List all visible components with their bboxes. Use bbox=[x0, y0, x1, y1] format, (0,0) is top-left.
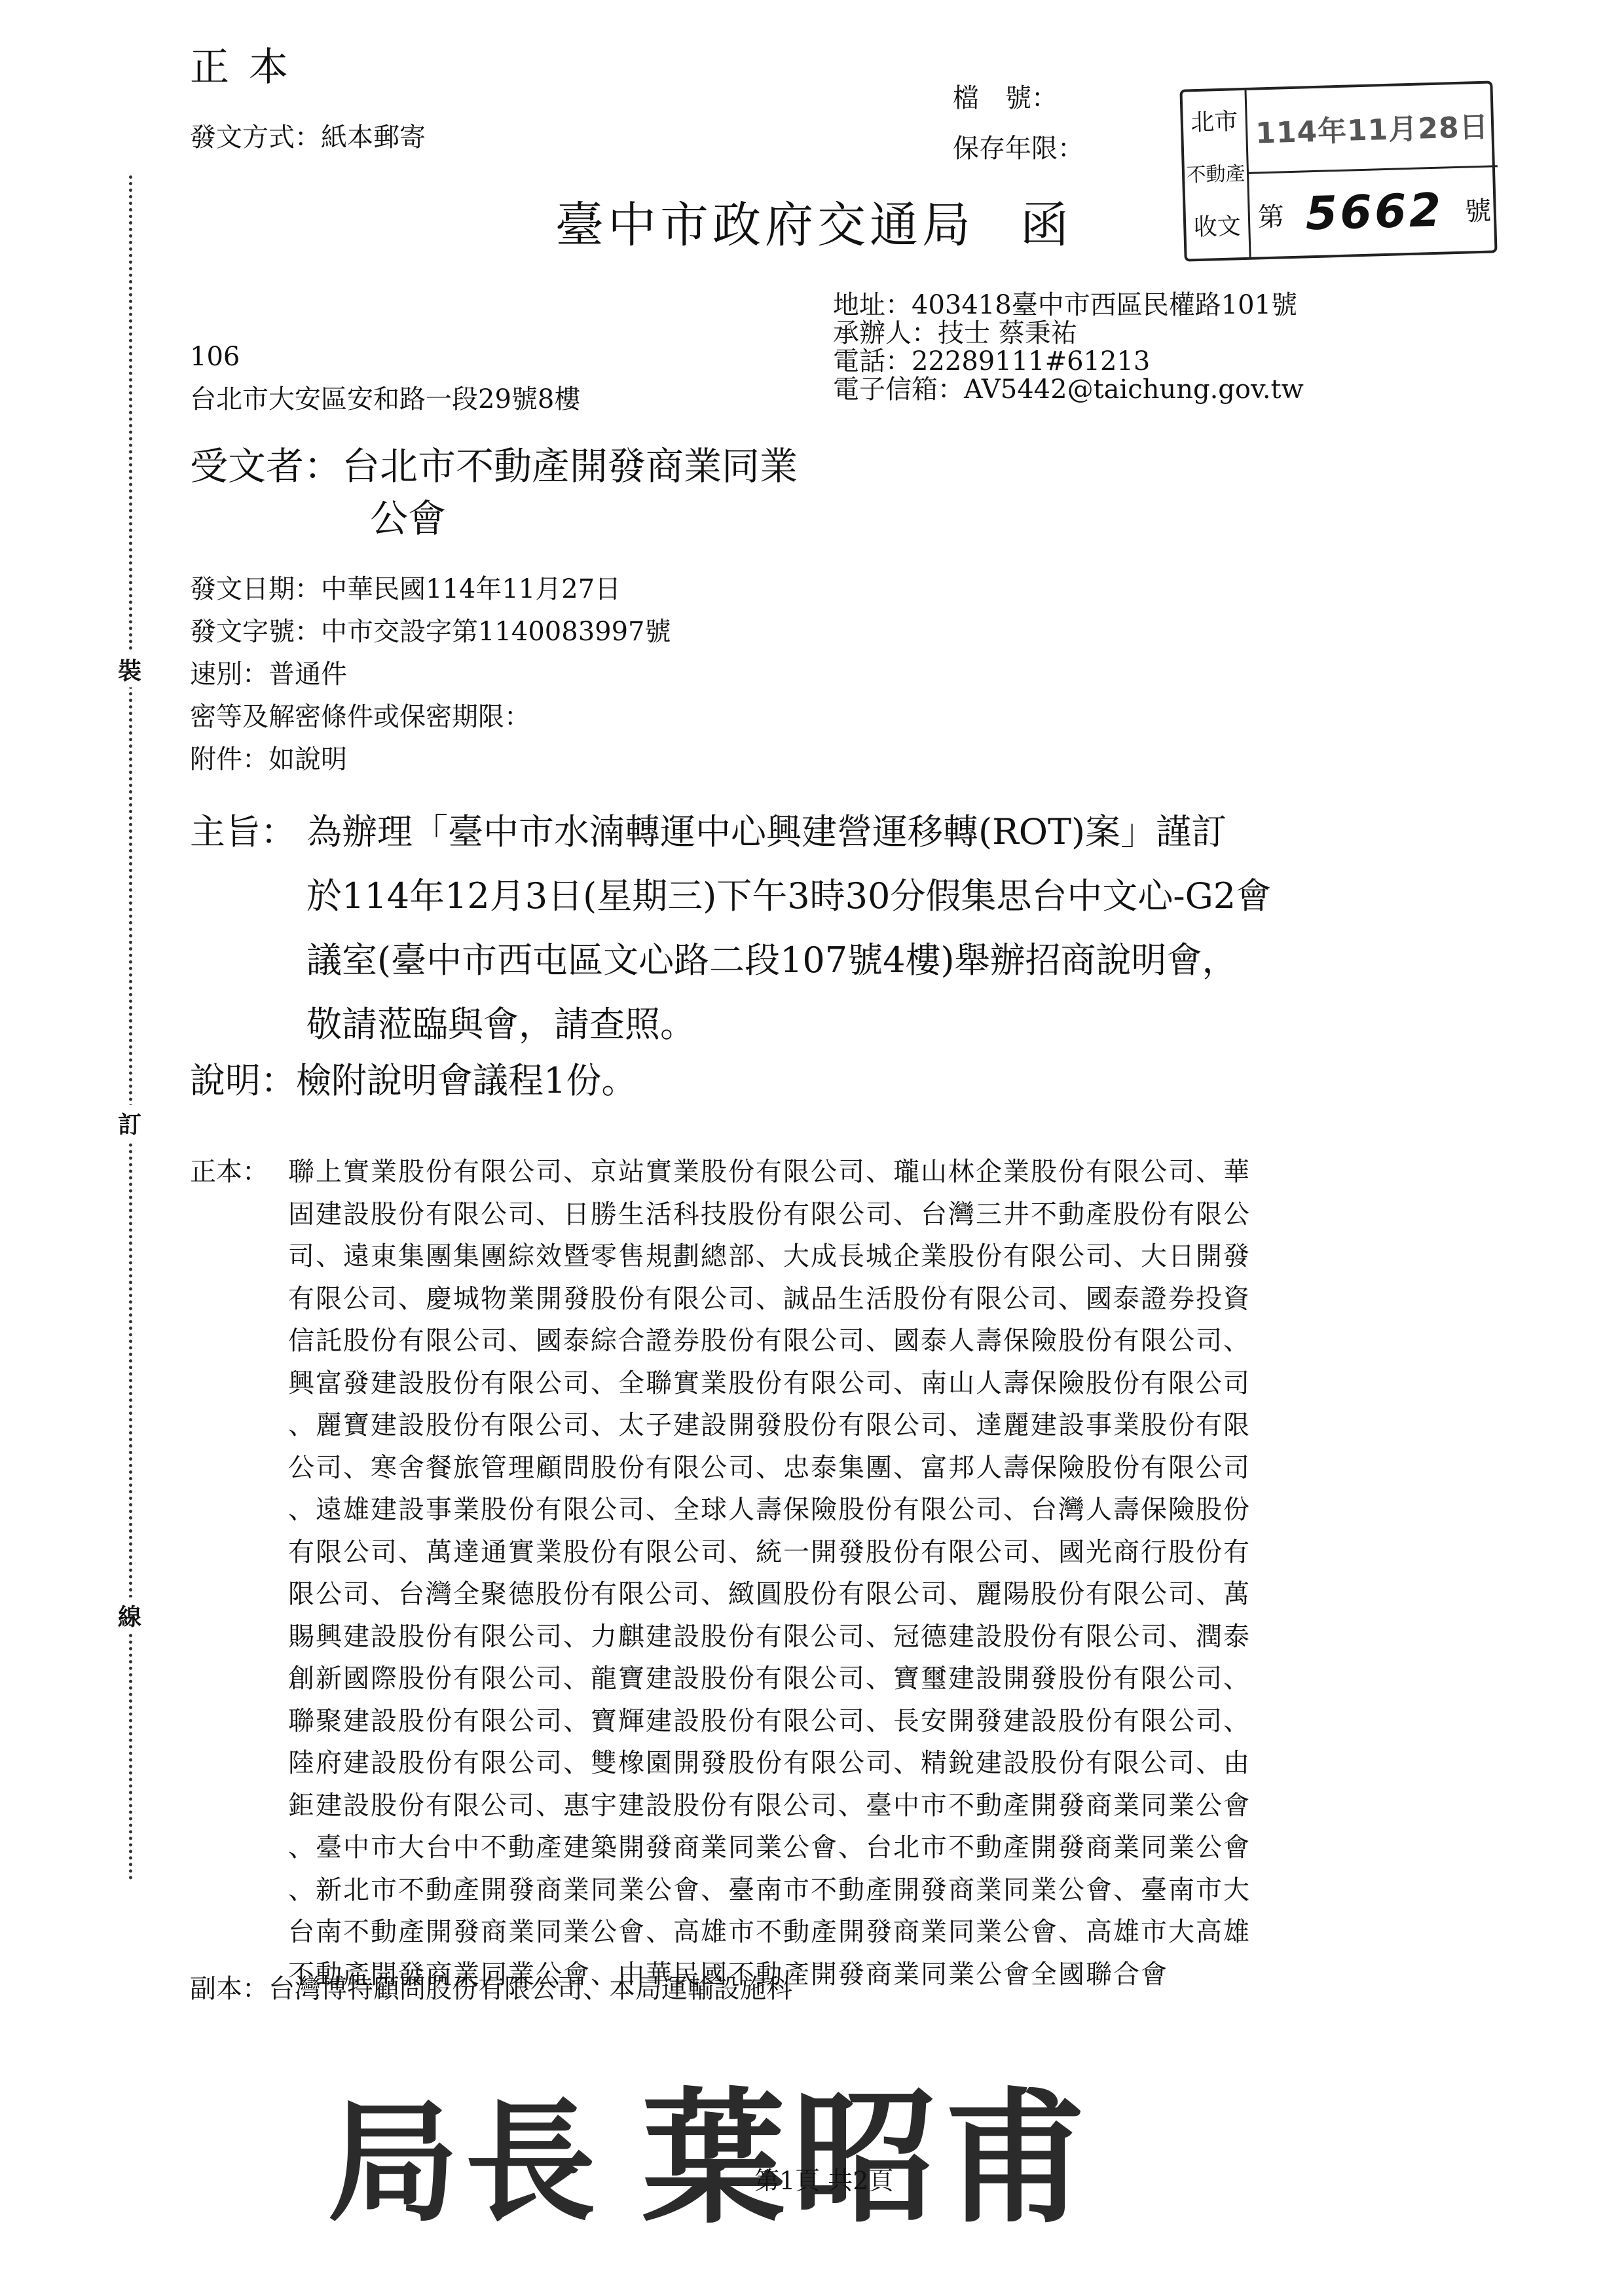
distribution-line: 陸府建設股份有限公司、雙橡園開發股份有限公司、精銳建設股份有限公司、由 bbox=[288, 1742, 1251, 1785]
distribution-line: 台南不動產開發商業同業公會、高雄市不動產開發商業同業公會、高雄市大高雄 bbox=[288, 1911, 1251, 1954]
signature-name: 葉昭甫 bbox=[642, 2073, 1094, 2242]
stamp-date: 114年11月28日 bbox=[1255, 103, 1489, 152]
stamp-number-suffix: 號 bbox=[1464, 190, 1492, 228]
distribution-line: 有限公司、萬達通實業股份有限公司、統一開發股份有限公司、國光商行股份有 bbox=[288, 1531, 1251, 1574]
speed-class: 速別：普通件 bbox=[190, 653, 671, 696]
distribution-line: 賜興建設股份有限公司、力麒建設股份有限公司、冠德建設股份有限公司、潤泰 bbox=[288, 1616, 1251, 1658]
distribution-line: 有限公司、慶城物業開發股份有限公司、誠品生活股份有限公司、國泰證券投資 bbox=[288, 1278, 1251, 1321]
signature-seal: 局長葉昭甫 bbox=[327, 2043, 1094, 2250]
distribution-line: 信託股份有限公司、國泰綜合證券股份有限公司、國泰人壽保險股份有限公司、 bbox=[288, 1320, 1251, 1362]
classification: 密等及解密條件或保密期限： bbox=[190, 696, 671, 738]
stamp-number-prefix: 第 bbox=[1257, 196, 1285, 234]
distribution-list: 正本： 聯上實業股份有限公司、京站實業股份有限公司、瓏山林企業股份有限公司、華 … bbox=[190, 1151, 1251, 1995]
subject-line: 於114年12月3日(星期三)下午3時30分假集思台中文心-G2會 bbox=[306, 864, 1473, 928]
send-method: 發文方式：紙本郵寄 bbox=[190, 117, 426, 154]
received-stamp: 北市 不動產 收文 114年11月28日 第 5662 號 bbox=[1179, 81, 1497, 261]
recipient-label: 受文者： bbox=[190, 444, 342, 488]
stamp-number: 5662 bbox=[1304, 183, 1444, 241]
subject-line: 議室(臺中市西屯區文心路二段107號4樓)舉辦招商說明會， bbox=[306, 928, 1473, 993]
sender-address: 地址：403418臺中市西區民權路101號 bbox=[833, 291, 1304, 319]
sender-contact: 地址：403418臺中市西區民權路101號 承辦人：技士 蔡秉祐 電話：2228… bbox=[833, 291, 1304, 404]
binding-mark-bind: 裝 bbox=[118, 651, 141, 687]
distribution-line: 、新北市不動產開發商業同業公會、臺南市不動產開發商業同業公會、臺南市大 bbox=[288, 1869, 1251, 1912]
distribution-line: 聯上實業股份有限公司、京站實業股份有限公司、瓏山林企業股份有限公司、華 bbox=[288, 1151, 1251, 1194]
stamp-org: 北市 不動產 收文 bbox=[1183, 90, 1251, 259]
distribution-lines: 聯上實業股份有限公司、京站實業股份有限公司、瓏山林企業股份有限公司、華 固建設股… bbox=[288, 1151, 1251, 1995]
distribution-line: 固建設股份有限公司、日勝生活科技股份有限公司、台灣三井不動產股份有限公 bbox=[288, 1194, 1251, 1236]
phone: 電話：22289111#61213 bbox=[833, 348, 1304, 376]
distribution-line: 鉅建設股份有限公司、惠宇建設股份有限公司、臺中市不動產開發商業同業公會 bbox=[288, 1785, 1251, 1827]
distribution-line: 、臺中市大台中不動產建築開發商業同業公會、台北市不動產開發商業同業公會 bbox=[288, 1827, 1251, 1869]
page-number: 第1頁 共2頁 bbox=[754, 2160, 893, 2196]
document-type: 函 bbox=[1020, 197, 1073, 253]
recipient-name-line1: 台北市不動產開發商業同業 bbox=[342, 444, 798, 488]
recipient-mailing-address: 台北市大安區安和路一段29號8樓 bbox=[190, 378, 580, 416]
subject-label: 主旨： bbox=[190, 800, 296, 864]
distribution-line: 、麗寶建設股份有限公司、太子建設開發股份有限公司、達麗建設事業股份有限 bbox=[288, 1404, 1251, 1447]
document-number: 發文字號：中市交設字第1140083997號 bbox=[190, 611, 671, 653]
distribution-line: 公司、寒舍餐旅管理顧問股份有限公司、忠泰集團、富邦人壽保險股份有限公司 bbox=[288, 1447, 1251, 1489]
stamp-org-line2: 不動產 bbox=[1186, 164, 1246, 185]
binding-mark-staple: 訂 bbox=[118, 1105, 141, 1141]
distribution-line: 創新國際股份有限公司、龍寶建設股份有限公司、寶璽建設開發股份有限公司、 bbox=[288, 1658, 1251, 1700]
stamp-org-line3: 收文 bbox=[1193, 215, 1241, 240]
issue-date: 發文日期：中華民國114年11月27日 bbox=[190, 568, 671, 611]
signature-title: 局長 bbox=[327, 2086, 602, 2240]
stamp-date-cell: 114年11月28日 bbox=[1246, 83, 1498, 173]
stamp-number-cell: 第 5662 號 bbox=[1249, 167, 1500, 257]
distribution-label: 正本： bbox=[190, 1151, 268, 1194]
subject-body: 為辦理「臺中市水湳轉運中心興建營運移轉(ROT)案」謹訂 於114年12月3日(… bbox=[306, 800, 1473, 1057]
explanation: 說明：檢附說明會議程1份。 bbox=[190, 1053, 637, 1103]
document-meta: 發文日期：中華民國114年11月27日 發文字號：中市交設字第114008399… bbox=[190, 568, 671, 781]
attachment: 附件：如說明 bbox=[190, 738, 671, 781]
distribution-line: 司、遠東集團集團綜效暨零售規劃總部、大成長城企業股份有限公司、大日開發 bbox=[288, 1235, 1251, 1278]
stamp-org-line1: 北市 bbox=[1190, 110, 1238, 135]
distribution-line: 、遠雄建設事業股份有限公司、全球人壽保險股份有限公司、台灣人壽保險股份 bbox=[288, 1489, 1251, 1531]
document-title: 臺中市政府交通局函 bbox=[555, 187, 1073, 256]
binding-mark-line: 線 bbox=[118, 1597, 141, 1633]
recipient-postcode: 106 bbox=[190, 342, 240, 372]
email[interactable]: 電子信箱：AV5442@taichung.gov.tw bbox=[833, 376, 1304, 404]
carbon-copy: 副本：台灣博特顧問股份有限公司、本局運輸設施科 bbox=[190, 1968, 792, 2005]
copy-type-label: 正本 bbox=[190, 36, 308, 92]
distribution-line: 限公司、台灣全聚德股份有限公司、緻圓股份有限公司、麗陽股份有限公司、萬 bbox=[288, 1573, 1251, 1616]
file-number-label: 檔 號： bbox=[953, 77, 1058, 115]
subject-line: 敬請蒞臨與會，請查照。 bbox=[306, 993, 1473, 1057]
distribution-line: 聯聚建設股份有限公司、寶輝建設股份有限公司、長安開發建設股份有限公司、 bbox=[288, 1700, 1251, 1743]
retention-period-label: 保存年限： bbox=[953, 128, 1084, 165]
recipient: 受文者：台北市不動產開發商業同業 公會 bbox=[190, 440, 798, 545]
agency-name: 臺中市政府交通局 bbox=[555, 197, 974, 253]
recipient-name-line2: 公會 bbox=[190, 492, 798, 545]
handler: 承辦人：技士 蔡秉祐 bbox=[833, 319, 1304, 348]
subject-section: 主旨： 為辦理「臺中市水湳轉運中心興建營運移轉(ROT)案」謹訂 於114年12… bbox=[190, 800, 1473, 1057]
subject-line: 為辦理「臺中市水湳轉運中心興建營運移轉(ROT)案」謹訂 bbox=[306, 800, 1473, 864]
distribution-line: 興富發建設股份有限公司、全聯實業股份有限公司、南山人壽保險股份有限公司 bbox=[288, 1362, 1251, 1405]
